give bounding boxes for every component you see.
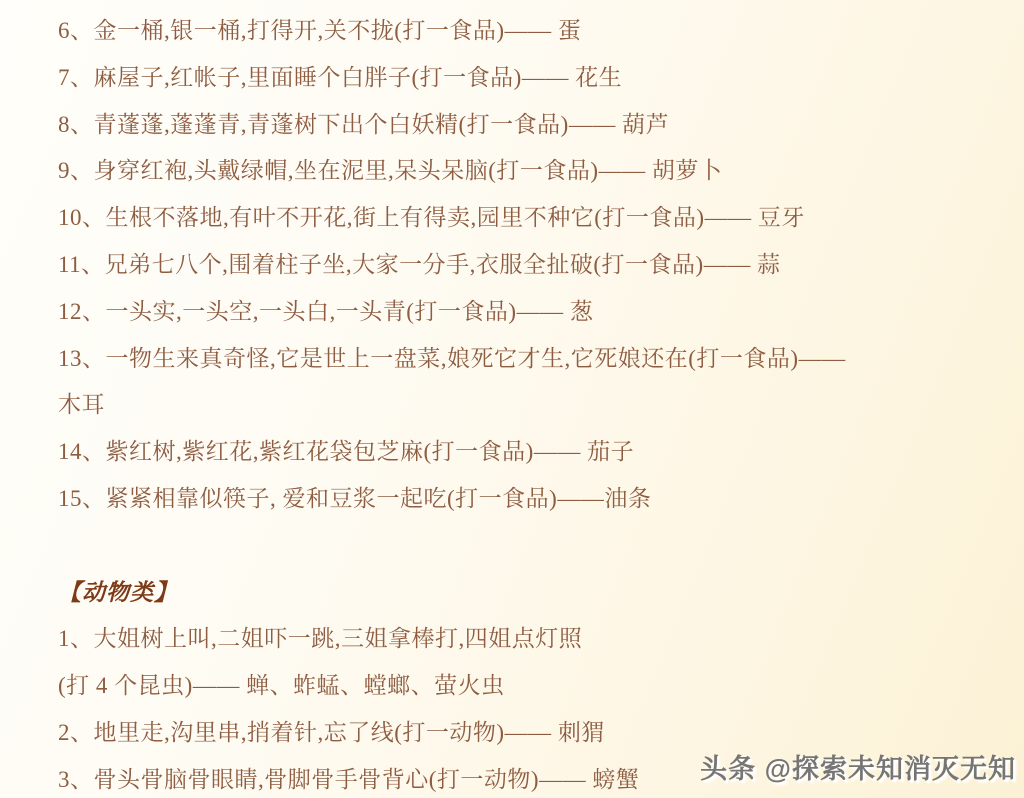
riddle-line: 12、一头实,一头空,一头白,一头青(打一食品)—— 葱 [58,289,1004,336]
riddle-line: 15、紧紧相靠似筷子, 爱和豆浆一起吃(打一食品)——油条 [58,476,1004,523]
riddle-line: 10、生根不落地,有叶不开花,街上有得卖,园里不种它(打一食品)—— 豆牙 [58,195,1004,242]
riddle-line: 13、一物生来真奇怪,它是世上一盘菜,娘死它才生,它死娘还在(打一食品)—— [58,336,1004,383]
section-gap [58,523,1004,570]
riddle-line: 9、身穿红袍,头戴绿帽,坐在泥里,呆头呆脑(打一食品)—— 胡萝卜 [58,148,1004,195]
section-header-animals: 【动物类】 [58,570,1004,617]
riddle-line-continuation: 木耳 [58,382,1004,429]
riddle-line: 1、大姐树上叫,二姐吓一跳,三姐拿棒打,四姐点灯照 [58,616,1004,663]
riddle-line: 7、麻屋子,红帐子,里面睡个白胖子(打一食品)—— 花生 [58,55,1004,102]
riddle-line: 6、金一桶,银一桶,打得开,关不拢(打一食品)—— 蛋 [58,8,1004,55]
riddle-line-continuation: (打 4 个昆虫)—— 蝉、蚱蜢、螳螂、萤火虫 [58,663,1004,710]
riddle-document-page: 6、金一桶,银一桶,打得开,关不拢(打一食品)—— 蛋 7、麻屋子,红帐子,里面… [0,0,1024,798]
toutiao-watermark: 头条 @探索未知消灭无知 [700,747,1016,786]
riddle-line: 11、兄弟七八个,围着柱子坐,大家一分手,衣服全扯破(打一食品)—— 蒜 [58,242,1004,289]
riddle-line: 8、青蓬蓬,蓬蓬青,青蓬树下出个白妖精(打一食品)—— 葫芦 [58,102,1004,149]
riddle-list: 6、金一桶,银一桶,打得开,关不拢(打一食品)—— 蛋 7、麻屋子,红帐子,里面… [58,8,1004,798]
riddle-line: 14、紫红树,紫红花,紫红花袋包芝麻(打一食品)—— 茄子 [58,429,1004,476]
